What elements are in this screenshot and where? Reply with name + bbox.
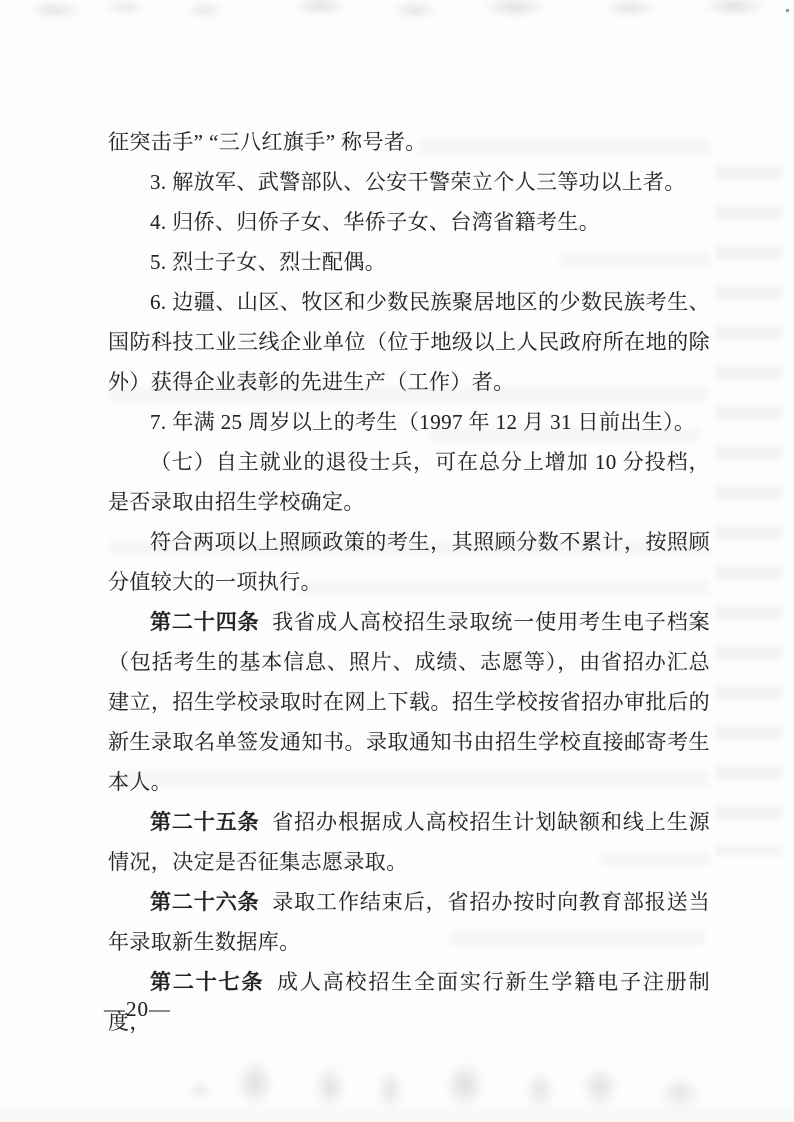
paragraph: 征突击手” “三八红旗手” 称号者。 [108,122,710,162]
paragraph: 4. 归侨、归侨子女、华侨子女、台湾省籍考生。 [108,202,710,242]
scan-bleed-top [0,0,794,32]
paragraph: 符合两项以上照顾政策的考生，其照顾分数不累计，按照顾分值较大的一项执行。 [108,522,710,602]
paragraph-text: 我省成人高校招生录取统一使用考生电子档案（包括考生的基本信息、照片、成绩、志愿等… [108,610,710,794]
document-page: 征突击手” “三八红旗手” 称号者。 3. 解放军、武警部队、公安干警荣立个人三… [0,0,794,1122]
paragraph: 5. 烈士子女、烈士配偶。 [108,242,710,282]
bleed-through-margin [716,166,782,856]
paragraph: 3. 解放军、武警部队、公安干警荣立个人三等功以上者。 [108,162,710,202]
article-number: 第二十四条 [150,610,260,634]
paragraph-text: 3. 解放军、武警部队、公安干警荣立个人三等功以上者。 [150,170,686,194]
paragraph: （七）自主就业的退役士兵，可在总分上增加 10 分投档，是否录取由招生学校确定。 [108,442,710,522]
article-number: 第二十五条 [150,810,260,834]
paragraph-text: （七）自主就业的退役士兵，可在总分上增加 10 分投档，是否录取由招生学校确定。 [108,450,710,514]
scan-speck [786,9,789,12]
document-body: 征突击手” “三八红旗手” 称号者。 3. 解放军、武警部队、公安干警荣立个人三… [108,122,710,1042]
paragraph: 第二十六条录取工作结束后，省招办按时向教育部报送当年录取新生数据库。 [108,882,710,962]
paragraph-text: 5. 烈士子女、烈士配偶。 [150,250,386,274]
paragraph: 7. 年满 25 周岁以上的考生（1997 年 12 月 31 日前出生）。 [108,402,710,442]
paragraph: 第二十四条我省成人高校招生录取统一使用考生电子档案（包括考生的基本信息、照片、成… [108,602,710,802]
paragraph-text: 符合两项以上照顾政策的考生，其照顾分数不累计，按照顾分值较大的一项执行。 [108,530,710,594]
paragraph-text: 7. 年满 25 周岁以上的考生（1997 年 12 月 31 日前出生）。 [150,410,695,434]
paragraph-text: 征突击手” “三八红旗手” 称号者。 [108,130,427,154]
scan-bleed-bottom [0,1035,794,1122]
paragraph: 第二十五条省招办根据成人高校招生计划缺额和线上生源情况，决定是否征集志愿录取。 [108,802,710,882]
page-number: —20— [104,997,171,1022]
paragraph-text: 6. 边疆、山区、牧区和少数民族聚居地区的少数民族考生、国防科技工业三线企业单位… [108,290,710,394]
article-number: 第二十六条 [150,890,260,914]
paragraph: 6. 边疆、山区、牧区和少数民族聚居地区的少数民族考生、国防科技工业三线企业单位… [108,282,710,402]
paragraph: 第二十七条成人高校招生全面实行新生学籍电子注册制度， [108,962,710,1042]
article-number: 第二十七条 [150,970,264,994]
paragraph-text: 4. 归侨、归侨子女、华侨子女、台湾省籍考生。 [150,210,600,234]
